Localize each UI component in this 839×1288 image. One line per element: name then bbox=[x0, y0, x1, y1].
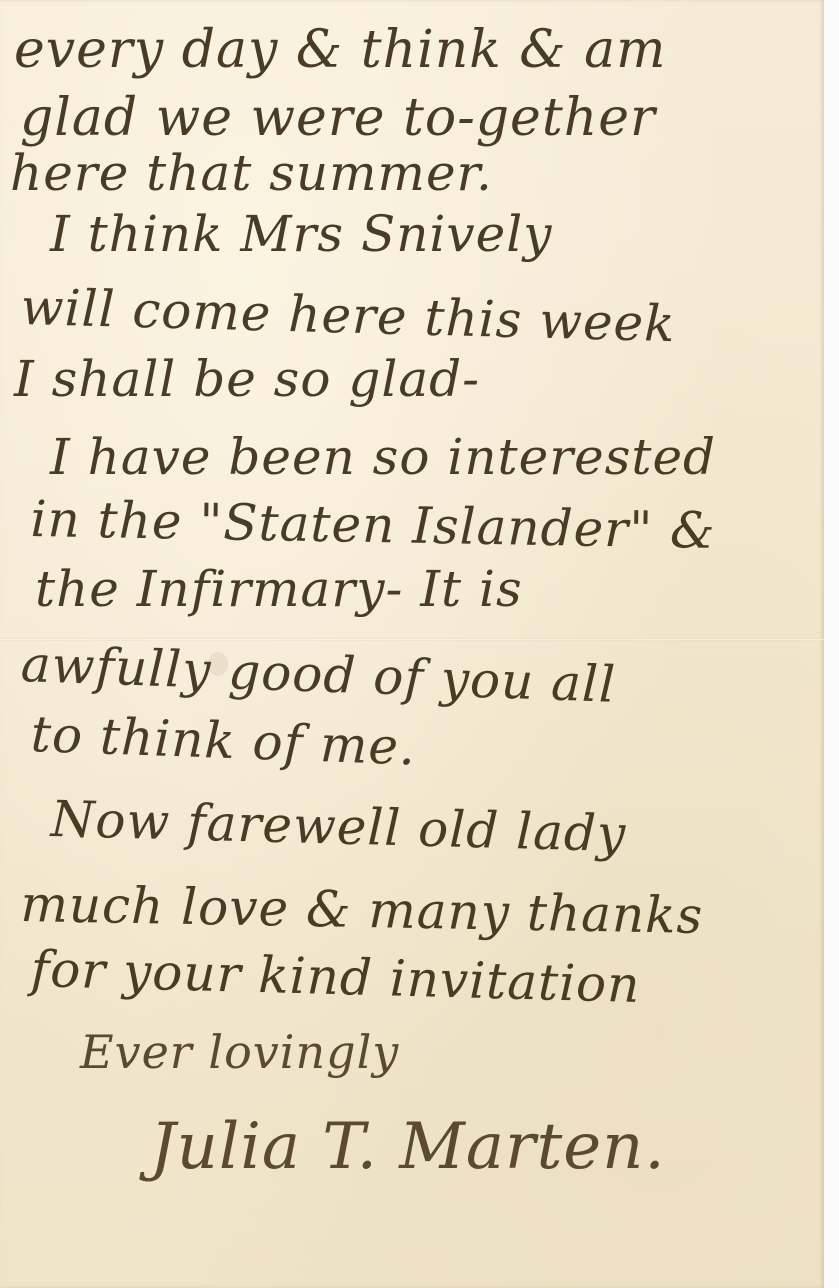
letter-line-13: much love & many thanks bbox=[20, 875, 704, 945]
letter-line-11: to think of me. bbox=[30, 705, 417, 776]
letter-line-12: Now farewell old lady bbox=[50, 790, 627, 863]
letter-line-14: for your kind invitation bbox=[30, 940, 641, 1014]
letter-line-7: I have been so interested bbox=[50, 428, 716, 486]
letter-line-5: will come here this week bbox=[20, 278, 676, 353]
letter-line-8: in the "Staten Islander" & bbox=[30, 490, 716, 560]
letter-page: every day & think & am glad we were to-g… bbox=[0, 0, 824, 1288]
letter-line-10: awfully good of you all bbox=[20, 635, 617, 714]
letter-line-1: every day & think & am bbox=[14, 20, 666, 80]
letter-line-9: the Infirmary- It is bbox=[35, 560, 523, 618]
letter-line-2: glad we were to-gether bbox=[20, 88, 656, 148]
letter-line-4: I think Mrs Snively bbox=[50, 205, 553, 263]
scan-background-edge bbox=[824, 0, 839, 1288]
letter-signature: Julia T. Marten. bbox=[150, 1110, 666, 1184]
letter-closing: Ever lovingly bbox=[80, 1025, 399, 1079]
letter-line-3: here that summer. bbox=[10, 144, 493, 202]
letter-line-6: I shall be so glad- bbox=[14, 350, 480, 408]
